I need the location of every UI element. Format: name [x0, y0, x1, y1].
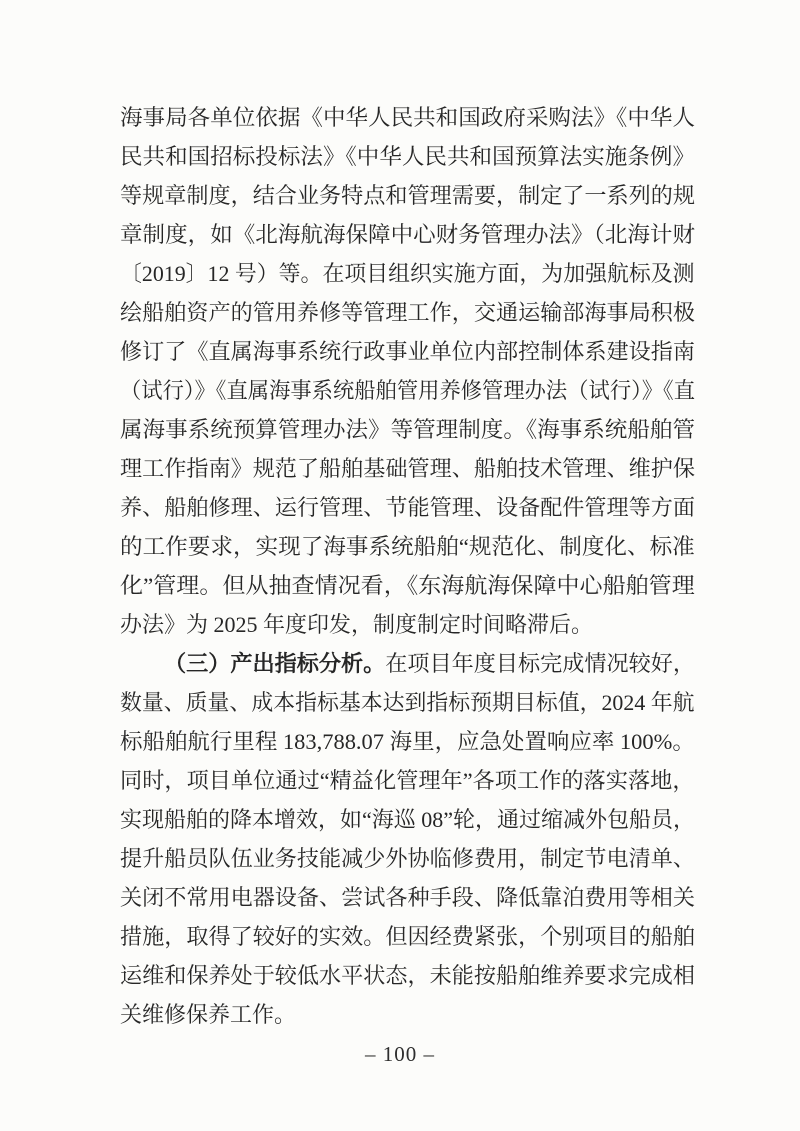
line-text: 化”管理。但从抽查情况看，《东海航海保障中心船舶管理 — [120, 566, 695, 605]
paragraph-lead-text: （三）产出指标分析。在项目年度目标完成情况较好， — [164, 644, 695, 683]
line-text: 运维和保养处于较低水平状态，未能按船舶维养要求完成相 — [120, 956, 695, 995]
text-line: 标船舶航行里程 183,788.07 海里，应急处置响应率 100%。 — [120, 722, 695, 761]
section-heading: （三）产出指标分析。 — [164, 651, 385, 676]
text-line: 化”管理。但从抽查情况看，《东海航海保障中心船舶管理 — [120, 566, 695, 605]
text-line: （三）产出指标分析。在项目年度目标完成情况较好， — [120, 644, 695, 683]
line-text: 关闭不常用电器设备、尝试各种手段、降低靠泊费用等相关 — [120, 878, 695, 917]
line-text: 的工作要求，实现了海事系统船舶“规范化、制度化、标准 — [120, 527, 695, 566]
line-text: 措施，取得了较好的实效。但因经费紧张，个别项目的船舶 — [120, 917, 695, 956]
text-line: 关闭不常用电器设备、尝试各种手段、降低靠泊费用等相关 — [120, 878, 695, 917]
text-line: 修订了《直属海事系统行政事业单位内部控制体系建设指南 — [120, 332, 695, 371]
line-text: 〔2019〕12 号）等。在项目组织实施方面，为加强航标及测 — [120, 254, 695, 293]
line-text: （试行）》《直属海事系统船舶管用养修管理办法（试行）》《直 — [120, 371, 695, 410]
line-text: 修订了《直属海事系统行政事业单位内部控制体系建设指南 — [120, 332, 695, 371]
text-line: 养、船舶修理、运行管理、节能管理、设备配件管理等方面 — [120, 488, 695, 527]
text-line: 运维和保养处于较低水平状态，未能按船舶维养要求完成相 — [120, 956, 695, 995]
line-text: 标船舶航行里程 183,788.07 海里，应急处置响应率 100%。 — [120, 722, 695, 761]
text-line: 等规章制度，结合业务特点和管理需要，制定了一系列的规 — [120, 176, 695, 215]
line-text: 海事局各单位依据《中华人民共和国政府采购法》《中华人 — [120, 98, 695, 137]
line-text: 养、船舶修理、运行管理、节能管理、设备配件管理等方面 — [120, 488, 695, 527]
text-line: 措施，取得了较好的实效。但因经费紧张，个别项目的船舶 — [120, 917, 695, 956]
text-line: 绘船舶资产的管用养修等管理工作，交通运输部海事局积极 — [120, 293, 695, 332]
line-text: 提升船员队伍业务技能减少外协临修费用，制定节电清单、 — [120, 839, 695, 878]
text-line: 海事局各单位依据《中华人民共和国政府采购法》《中华人 — [120, 98, 695, 137]
text-line: 民共和国招标投标法》《中华人民共和国预算法实施条例》 — [120, 137, 695, 176]
text-line: 实现船舶的降本增效，如“海巡 08”轮，通过缩减外包船员， — [120, 800, 695, 839]
text-line: 的工作要求，实现了海事系统船舶“规范化、制度化、标准 — [120, 527, 695, 566]
line-text: 理工作指南》规范了船舶基础管理、船舶技术管理、维护保 — [120, 449, 695, 488]
text-line: 章制度，如《北海航海保障中心财务管理办法》（北海计财 — [120, 215, 695, 254]
page-number: – 100 – — [0, 1042, 800, 1067]
document-page: 海事局各单位依据《中华人民共和国政府采购法》《中华人民共和国招标投标法》《中华人… — [0, 0, 800, 1131]
line-text: 数量、质量、成本指标基本达到指标预期目标值，2024 年航 — [120, 683, 695, 722]
line-text: 实现船舶的降本增效，如“海巡 08”轮，通过缩减外包船员， — [120, 800, 695, 839]
line-text: 办法》为 2025 年度印发，制度制定时间略滞后。 — [120, 605, 593, 644]
line-text: 同时，项目单位通过“精益化管理年”各项工作的落实落地， — [120, 761, 695, 800]
text-line: 属海事系统预算管理办法》等管理制度。《海事系统船舶管 — [120, 410, 695, 449]
line-text: 绘船舶资产的管用养修等管理工作，交通运输部海事局积极 — [120, 293, 695, 332]
text-line: 办法》为 2025 年度印发，制度制定时间略滞后。 — [120, 605, 695, 644]
line-text: 民共和国招标投标法》《中华人民共和国预算法实施条例》 — [120, 137, 695, 176]
text-line: 同时，项目单位通过“精益化管理年”各项工作的落实落地， — [120, 761, 695, 800]
line-text: 等规章制度，结合业务特点和管理需要，制定了一系列的规 — [120, 176, 695, 215]
text-line: 关维修保养工作。 — [120, 995, 695, 1034]
text-line: 数量、质量、成本指标基本达到指标预期目标值，2024 年航 — [120, 683, 695, 722]
text-line: 理工作指南》规范了船舶基础管理、船舶技术管理、维护保 — [120, 449, 695, 488]
line-text: 章制度，如《北海航海保障中心财务管理办法》（北海计财 — [120, 215, 695, 254]
document-body: 海事局各单位依据《中华人民共和国政府采购法》《中华人民共和国招标投标法》《中华人… — [120, 98, 695, 1034]
text-line: 提升船员队伍业务技能减少外协临修费用，制定节电清单、 — [120, 839, 695, 878]
text-line: （试行）》《直属海事系统船舶管用养修管理办法（试行）》《直 — [120, 371, 695, 410]
text-line: 〔2019〕12 号）等。在项目组织实施方面，为加强航标及测 — [120, 254, 695, 293]
line-text: 属海事系统预算管理办法》等管理制度。《海事系统船舶管 — [120, 410, 695, 449]
line-text: 关维修保养工作。 — [120, 995, 296, 1034]
